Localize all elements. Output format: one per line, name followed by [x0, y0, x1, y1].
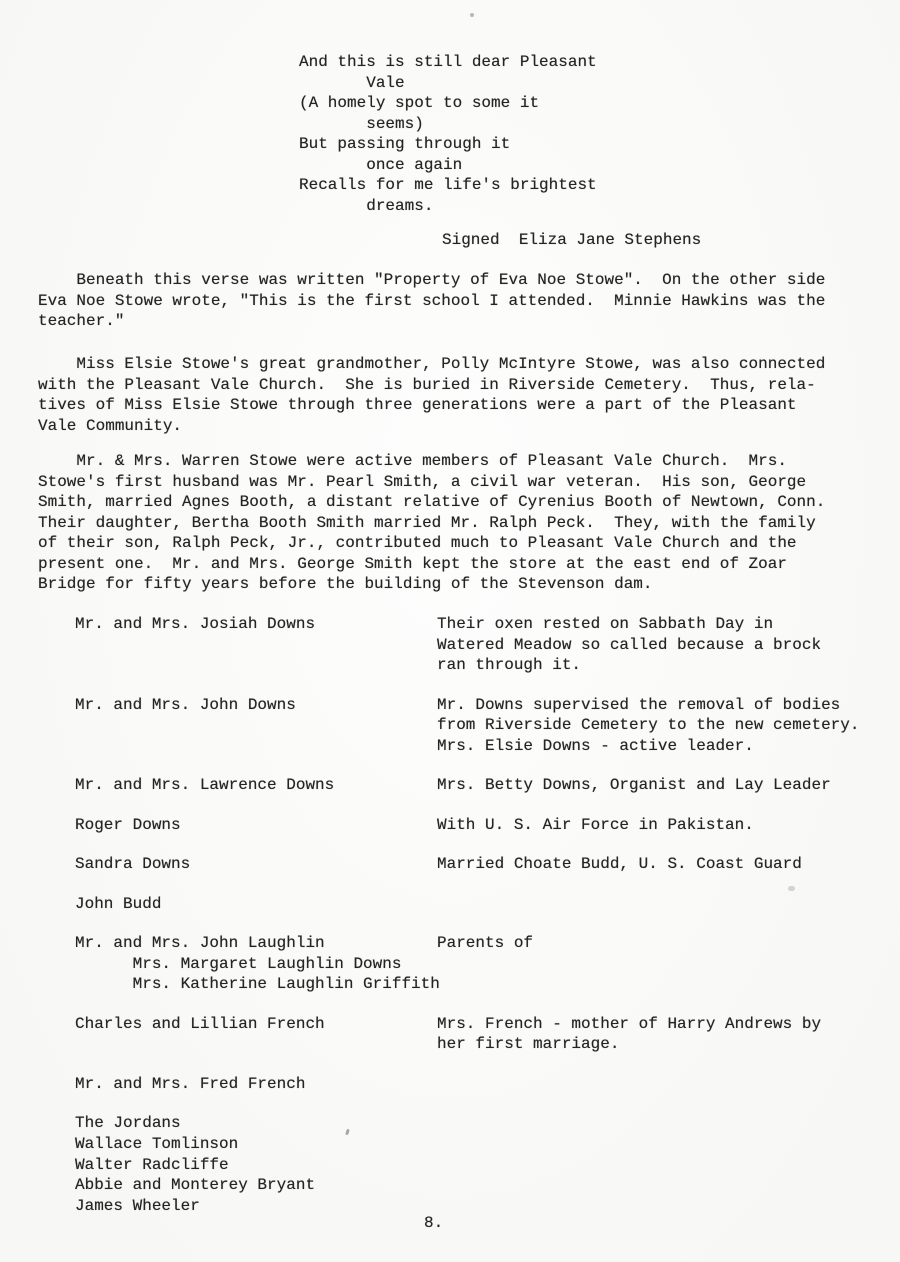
roster-note: Mr. Downs supervised the removal of bodi…: [437, 695, 875, 757]
paragraph-beneath-verse: Beneath this verse was written "Property…: [38, 270, 825, 332]
roster-note: Their oxen rested on Sabbath Day in Wate…: [437, 614, 875, 676]
poem-verse: And this is still dear Pleasant Vale (A …: [299, 52, 597, 216]
scan-speck: [470, 13, 474, 17]
roster-name: John Budd: [75, 894, 437, 915]
roster-row: Charles and Lillian French Mrs. French -…: [75, 1014, 875, 1055]
roster-row: Mr. and Mrs. Lawrence Downs Mrs. Betty D…: [75, 775, 875, 796]
roster-note: With U. S. Air Force in Pakistan.: [437, 815, 875, 836]
page-number: 8.: [424, 1213, 443, 1234]
roster-note: Parents of: [437, 933, 875, 995]
roster-row: Mr. and Mrs. Fred French: [75, 1074, 875, 1095]
roster-row: John Budd: [75, 894, 875, 915]
scanned-document-page: And this is still dear Pleasant Vale (A …: [0, 0, 900, 1262]
roster-note: Mrs. French - mother of Harry Andrews by…: [437, 1014, 875, 1055]
roster-row: Mr. and Mrs. John Laughlin Mrs. Margaret…: [75, 933, 875, 995]
roster-row: Roger Downs With U. S. Air Force in Paki…: [75, 815, 875, 836]
roster-name: Mr. and Mrs. Josiah Downs: [75, 614, 437, 676]
roster-rows: Mr. and Mrs. Josiah Downs Their oxen res…: [75, 614, 875, 1094]
roster-note: Mrs. Betty Downs, Organist and Lay Leade…: [437, 775, 875, 796]
roster-row: Sandra Downs Married Choate Budd, U. S. …: [75, 854, 875, 875]
scan-speck: [788, 886, 795, 891]
roster-name: Roger Downs: [75, 815, 437, 836]
paragraph-warren-stowe: Mr. & Mrs. Warren Stowe were active memb…: [38, 451, 825, 595]
names-list: The Jordans Wallace Tomlinson Walter Rad…: [75, 1113, 875, 1217]
roster-name: Charles and Lillian French: [75, 1014, 437, 1055]
roster-name: Sandra Downs: [75, 854, 437, 875]
roster-name: Mr. and Mrs. John Downs: [75, 695, 437, 757]
roster-name: Mr. and Mrs. John Laughlin Mrs. Margaret…: [75, 933, 437, 995]
roster-note: Married Choate Budd, U. S. Coast Guard: [437, 854, 875, 875]
roster-row: Mr. and Mrs. John Downs Mr. Downs superv…: [75, 695, 875, 757]
paragraph-elsie-stowe: Miss Elsie Stowe's great grandmother, Po…: [38, 354, 825, 436]
roster-name: Mr. and Mrs. Fred French: [75, 1074, 437, 1095]
roster-note: [437, 894, 875, 915]
poem-signature: Signed Eliza Jane Stephens: [442, 230, 701, 251]
family-roster: Mr. and Mrs. Josiah Downs Their oxen res…: [75, 614, 875, 1217]
roster-name: Mr. and Mrs. Lawrence Downs: [75, 775, 437, 796]
roster-row: Mr. and Mrs. Josiah Downs Their oxen res…: [75, 614, 875, 676]
roster-note: [437, 1074, 875, 1095]
